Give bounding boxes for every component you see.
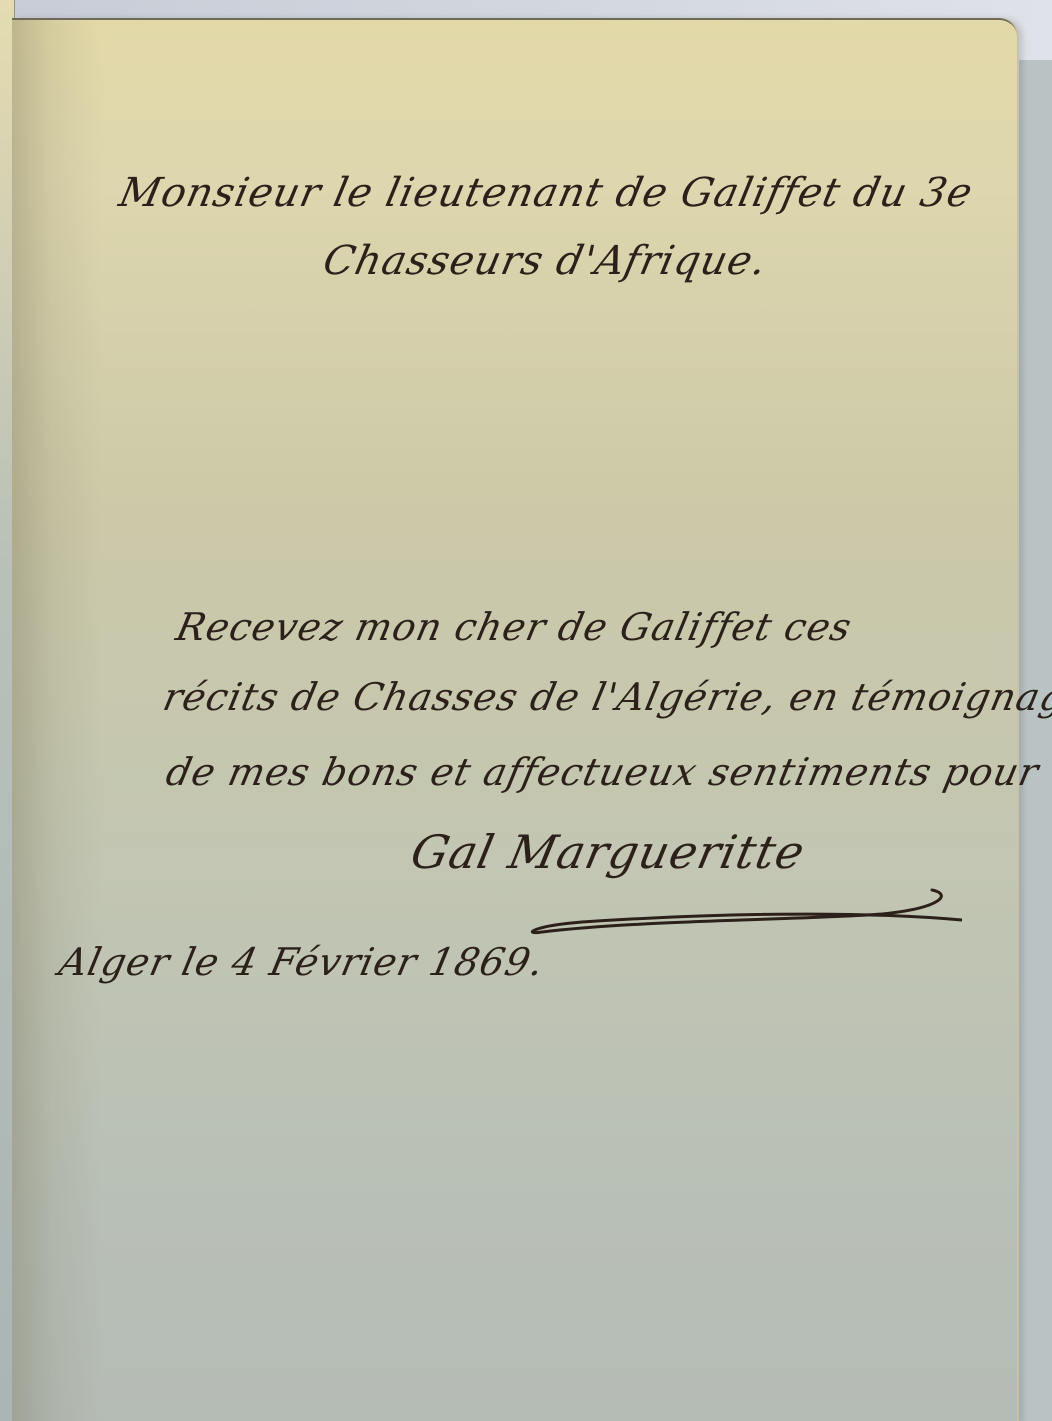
place-and-date: Alger le 4 Février 1869.: [55, 940, 548, 984]
signature: Gal Margueritte: [406, 825, 810, 879]
inscription-recipient-line-1: Monsieur le lieutenant de Galiffet du 3e: [115, 170, 977, 216]
inscription-body-line-2: récits de Chasses de l'Algérie, en témoi…: [159, 675, 1052, 719]
signature-flourish-icon: [522, 880, 962, 940]
inscription-body-line-1: Recevez mon cher de Galiffet ces: [172, 605, 856, 649]
book-flyleaf-page: Monsieur le lieutenant de Galiffet du 3e…: [12, 18, 1017, 1421]
inscription-body-line-3: de mes bons et affectueux sentiments pou…: [162, 750, 1052, 794]
inscription-recipient-line-2: Chasseurs d'Afrique.: [319, 238, 771, 284]
